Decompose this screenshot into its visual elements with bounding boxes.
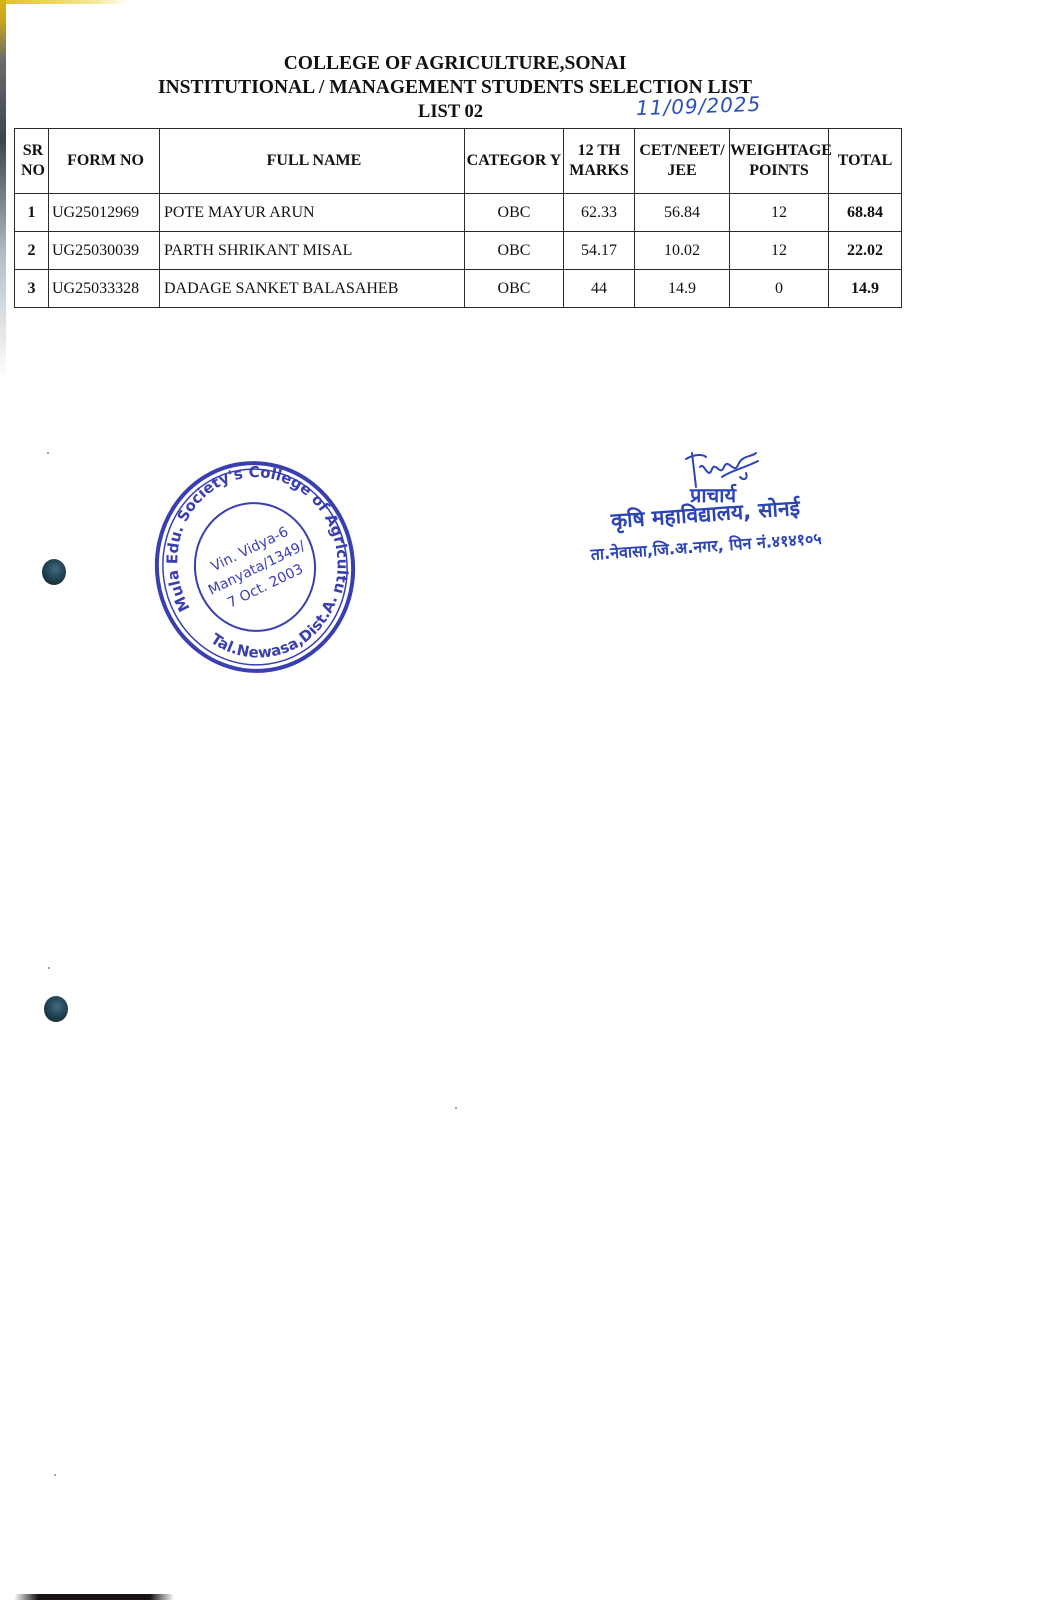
- header-form-no: FORM NO: [49, 129, 160, 194]
- cell-category: OBC: [465, 194, 564, 232]
- header-cet-neet-jee: CET/NEET/ JEE: [635, 129, 730, 194]
- cell-total: 22.02: [829, 232, 902, 270]
- punch-hole-icon: [42, 559, 66, 585]
- signature-college-name: कृषि महाविद्यालय, सोनई: [610, 494, 801, 535]
- list-number: LIST 02: [418, 100, 483, 124]
- principal-signature-block: प्राचार्य कृषि महाविद्यालय, सोनई ता.नेवा…: [590, 445, 860, 585]
- cell-sr-no: 2: [15, 232, 49, 270]
- cell-12th-marks: 44: [564, 270, 635, 308]
- college-name: COLLEGE OF AGRICULTURE,SONAI: [0, 52, 900, 76]
- cell-form-no: UG25033328: [49, 270, 160, 308]
- page-edge-top: [0, 0, 130, 4]
- selection-table: SR NO FORM NO FULL NAME CATEGOR Y 12 TH …: [14, 128, 902, 308]
- table-row: 1 UG25012969 POTE MAYUR ARUN OBC 62.33 5…: [15, 194, 902, 232]
- cell-12th-marks: 54.17: [564, 232, 635, 270]
- cell-full-name: PARTH SHRIKANT MISAL: [160, 232, 465, 270]
- page-edge-bottom: [14, 1594, 174, 1600]
- cell-full-name: DADAGE SANKET BALASAHEB: [160, 270, 465, 308]
- cell-category: OBC: [465, 270, 564, 308]
- cell-cet-neet-jee: 56.84: [635, 194, 730, 232]
- document-header: COLLEGE OF AGRICULTURE,SONAI INSTITUTION…: [0, 52, 900, 124]
- header-weightage-points: WEIGHTAGE POINTS: [730, 129, 829, 194]
- header-sr-no: SR NO: [15, 129, 49, 194]
- handwritten-date: 11/09/2025: [636, 92, 762, 120]
- speck: [455, 1107, 457, 1109]
- cell-cet-neet-jee: 10.02: [635, 232, 730, 270]
- punch-hole-icon: [44, 996, 68, 1022]
- cell-form-no: UG25012969: [49, 194, 160, 232]
- cell-total: 68.84: [829, 194, 902, 232]
- list-title: INSTITUTIONAL / MANAGEMENT STUDENTS SELE…: [0, 76, 900, 100]
- cell-sr-no: 1: [15, 194, 49, 232]
- cell-form-no: UG25030039: [49, 232, 160, 270]
- table-row: 2 UG25030039 PARTH SHRIKANT MISAL OBC 54…: [15, 232, 902, 270]
- speck: [54, 1474, 56, 1476]
- table-header-row: SR NO FORM NO FULL NAME CATEGOR Y 12 TH …: [15, 129, 902, 194]
- header-12th-marks: 12 TH MARKS: [564, 129, 635, 194]
- cell-sr-no: 3: [15, 270, 49, 308]
- table-row: 3 UG25033328 DADAGE SANKET BALASAHEB OBC…: [15, 270, 902, 308]
- cell-weightage-points: 12: [730, 194, 829, 232]
- cell-cet-neet-jee: 14.9: [635, 270, 730, 308]
- cell-weightage-points: 12: [730, 232, 829, 270]
- seal-icon: Mula Edu. Society's College of Agricultu…: [150, 455, 360, 680]
- cell-category: OBC: [465, 232, 564, 270]
- header-category: CATEGOR Y: [465, 129, 564, 194]
- cell-12th-marks: 62.33: [564, 194, 635, 232]
- speck: [48, 967, 50, 969]
- speck: [47, 452, 49, 454]
- cell-weightage-points: 0: [730, 270, 829, 308]
- cell-total: 14.9: [829, 270, 902, 308]
- header-full-name: FULL NAME: [160, 129, 465, 194]
- college-seal: Mula Edu. Society's College of Agricultu…: [150, 455, 360, 680]
- header-total: TOTAL: [829, 129, 902, 194]
- cell-full-name: POTE MAYUR ARUN: [160, 194, 465, 232]
